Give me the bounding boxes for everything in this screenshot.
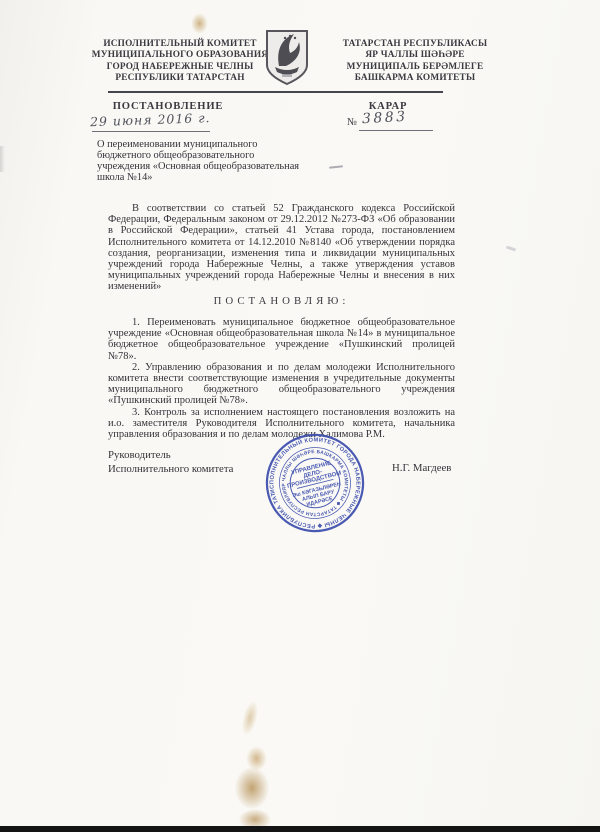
org-line: ТАТАРСТАН РЕСПУБЛИКАСЫ bbox=[316, 39, 514, 50]
signer-post-line: Руководитель bbox=[108, 449, 233, 463]
handwritten-date: 29 июня 2016 г. bbox=[90, 110, 220, 130]
handwritten-number: 3883 bbox=[362, 109, 408, 127]
resolve-heading: ПОСТАНОВЛЯЮ: bbox=[108, 295, 455, 307]
decree-title-russian: ПОСТАНОВЛЕНИЕ bbox=[94, 101, 242, 112]
signer-post-line: Исполнительного комитета bbox=[108, 463, 233, 477]
paper-stain bbox=[239, 699, 261, 737]
letterhead-tatar: ТАТАРСТАН РЕСПУБЛИКАСЫ ЯР ЧАЛЛЫ ШӘҺӘРЕ М… bbox=[316, 39, 514, 84]
org-line: ЯР ЧАЛЛЫ ШӘҺӘРЕ bbox=[316, 50, 514, 61]
signer-name: Н.Г. Магдеев bbox=[392, 462, 451, 474]
scanned-decree-page: ИСПОЛНИТЕЛЬНЫЙ КОМИТЕТ МУНИЦИПАЛЬНОГО ОБ… bbox=[0, 0, 600, 832]
org-line: РЕСПУБЛИКИ ТАТАРСТАН bbox=[76, 73, 284, 84]
resolution-items: 1. Переименовать муниципальное бюджетное… bbox=[108, 317, 455, 440]
org-line: МУНИЦИПАЛЬНОГО ОБРАЗОВАНИЯ bbox=[76, 50, 284, 61]
number-sign: № bbox=[347, 117, 357, 128]
paper-stain bbox=[191, 13, 208, 34]
resolution-item: 2. Управлению образования и по делам мол… bbox=[108, 362, 455, 407]
coat-of-arms-icon bbox=[264, 29, 310, 87]
resolution-item: 1. Переименовать муниципальное бюджетное… bbox=[108, 317, 455, 362]
scan-speck bbox=[506, 246, 516, 252]
signer-post: Руководитель Исполнительного комитета bbox=[108, 449, 233, 476]
paper-stain bbox=[235, 767, 269, 809]
org-line: БАШКАРМА КОМИТЕТЫ bbox=[316, 73, 514, 84]
org-line: ГОРОД НАБЕРЕЖНЫЕ ЧЕЛНЫ bbox=[76, 62, 284, 73]
subject-line: школа №14» bbox=[97, 173, 367, 184]
number-underline bbox=[359, 130, 433, 131]
org-line: МУНИЦИПАЛЬ БЕРӘМЛЕГЕ bbox=[316, 62, 514, 73]
preamble-paragraph: В соответствии со статьей 52 Гражданског… bbox=[108, 203, 455, 293]
letterhead-divider bbox=[108, 91, 443, 93]
scan-edge-smudge bbox=[0, 146, 5, 172]
subject-block: О переименовании муниципального бюджетно… bbox=[97, 140, 367, 184]
letterhead-russian: ИСПОЛНИТЕЛЬНЫЙ КОМИТЕТ МУНИЦИПАЛЬНОГО ОБ… bbox=[76, 39, 284, 84]
date-underline bbox=[92, 131, 210, 132]
org-line: ИСПОЛНИТЕЛЬНЫЙ КОМИТЕТ bbox=[76, 39, 284, 50]
scan-bottom-edge bbox=[0, 826, 600, 832]
